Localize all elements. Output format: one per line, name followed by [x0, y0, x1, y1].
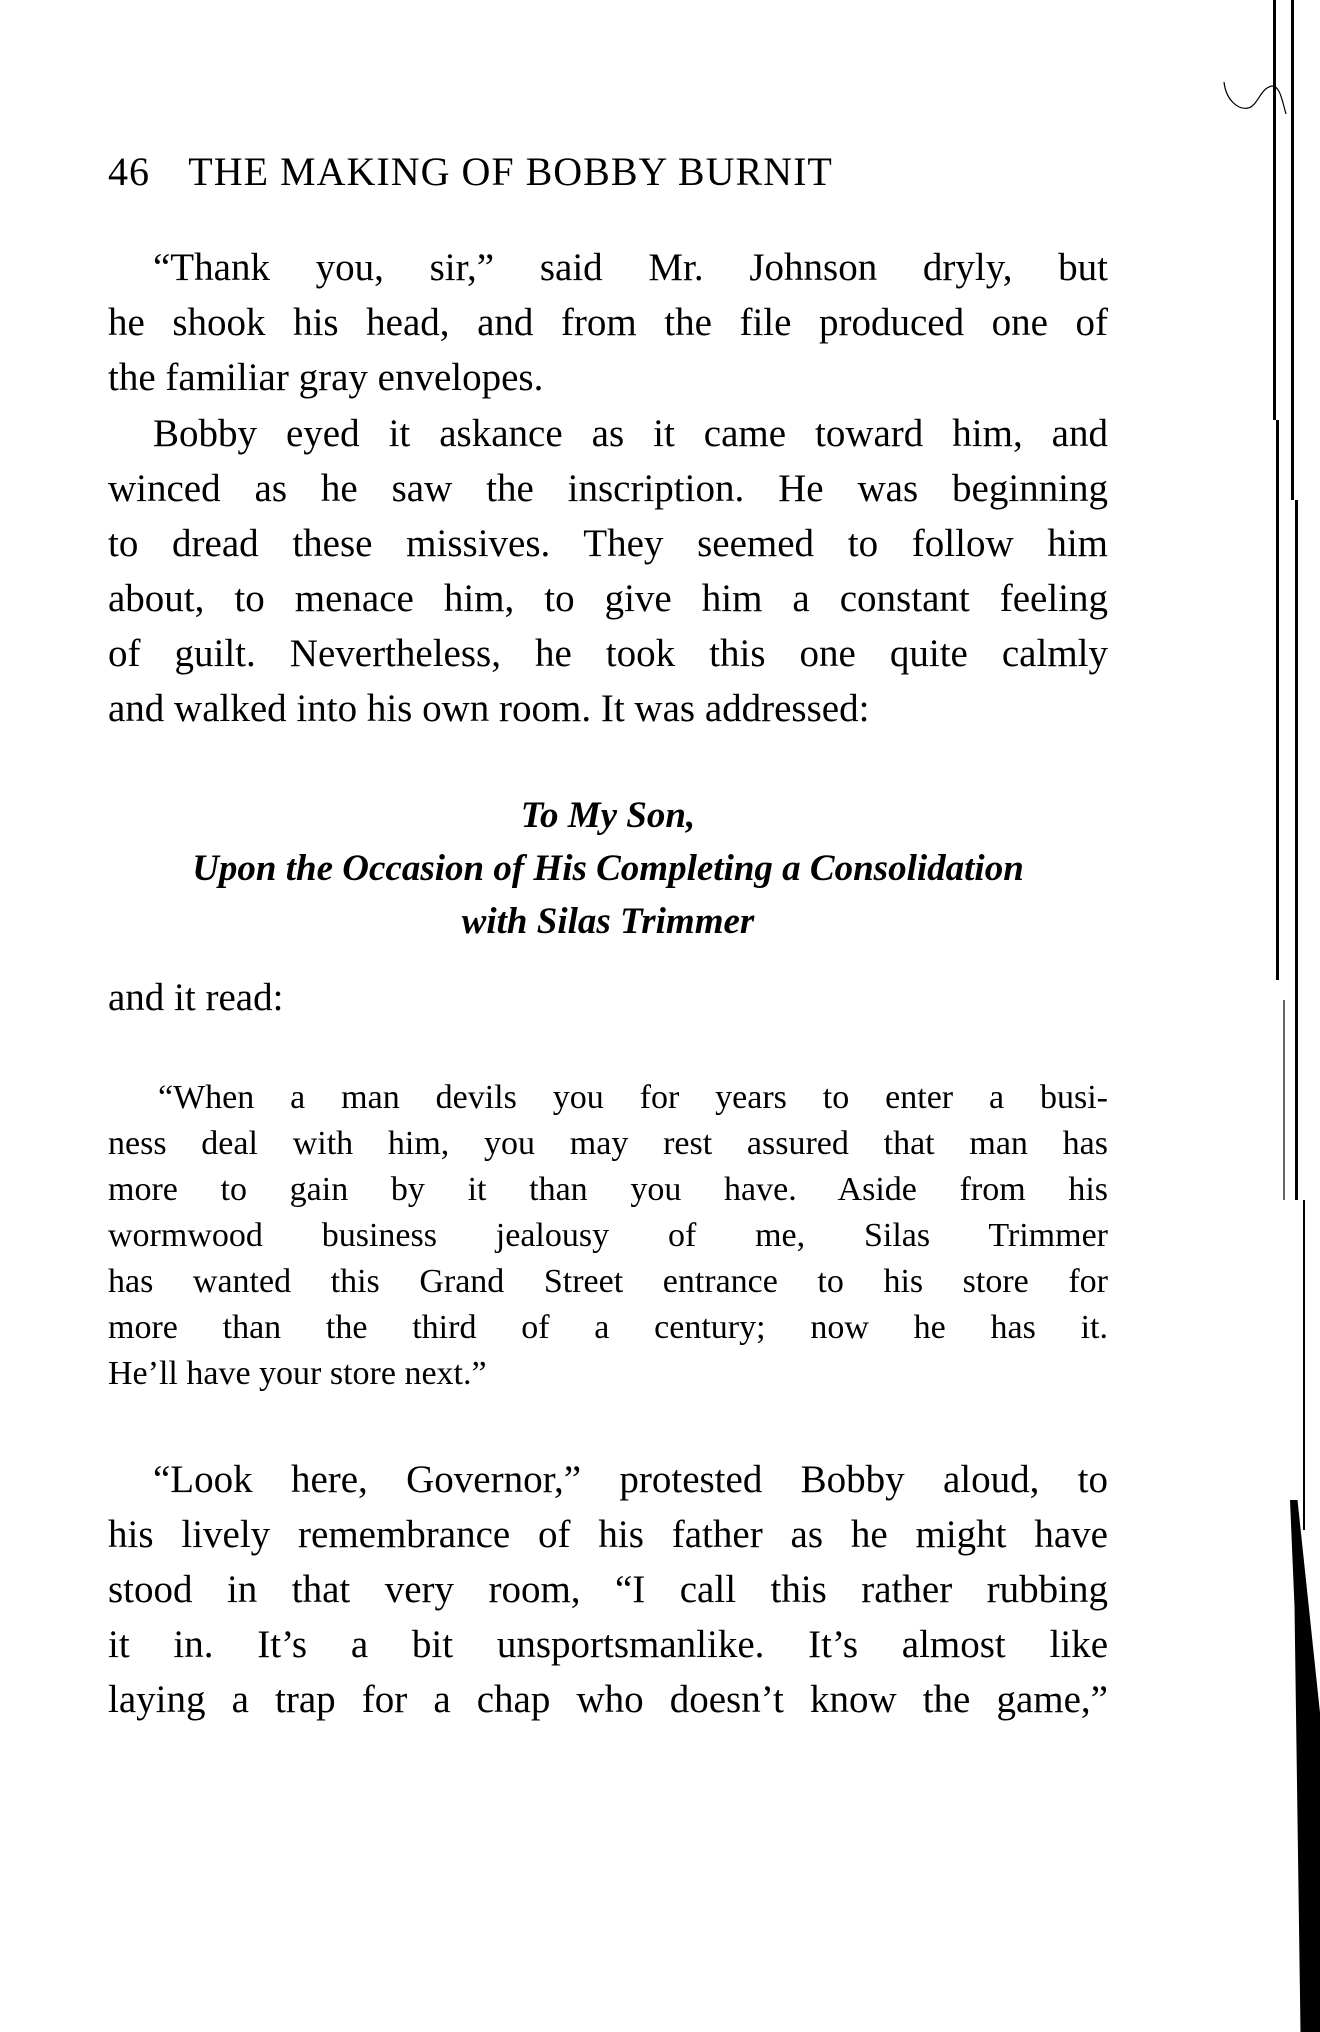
inscription-line: Upon the Occasion of His Completing a Co… — [108, 842, 1108, 895]
page-edge-line — [1291, 0, 1294, 500]
paragraph-look-here-governor: “Look here, Governor,” protested Bobby a… — [108, 1452, 1108, 1727]
inscription-line: To My Son, — [108, 789, 1108, 842]
page-edge-line — [1276, 420, 1279, 980]
text-line: He’ll have your store next.” — [108, 1351, 1108, 1397]
text-line: laying a trap for a chap who doesn’t kno… — [108, 1672, 1108, 1727]
inscription-line: with Silas Trimmer — [108, 895, 1108, 948]
running-head: 46 THE MAKING OF BOBBY BURNIT — [108, 150, 833, 194]
text-line: the familiar gray envelopes. — [108, 350, 1108, 405]
text-line: ness deal with him, you may rest assured… — [108, 1121, 1108, 1167]
text-line: has wanted this Grand Street entrance to… — [108, 1259, 1108, 1305]
text-line: his lively remembrance of his father as … — [108, 1507, 1108, 1562]
envelope-inscription: To My Son, Upon the Occasion of His Comp… — [108, 789, 1108, 948]
book-page: 46 THE MAKING OF BOBBY BURNIT “Thank you… — [0, 0, 1320, 2032]
text-line: about, to menace him, to give him a cons… — [108, 571, 1108, 626]
text-line: “Look here, Governor,” protested Bobby a… — [108, 1452, 1108, 1507]
text-line: it in. It’s a bit unsportsmanlike. It’s … — [108, 1617, 1108, 1672]
text-line: to dread these missives. They seemed to … — [108, 516, 1108, 571]
page-edge-line — [1273, 0, 1276, 420]
page-curl-mark — [1220, 80, 1300, 140]
text-line: stood in that very room, “I call this ra… — [108, 1562, 1108, 1617]
binding-shadow — [1290, 1500, 1320, 2032]
text-line: Bobby eyed it askance as it came toward … — [108, 406, 1108, 461]
page-edge-line — [1303, 1200, 1305, 1530]
text-line: of guilt. Nevertheless, he took this one… — [108, 626, 1108, 681]
paragraph-bobby-eyed: Bobby eyed it askance as it came toward … — [108, 406, 1108, 736]
letter-quote: “When a man devils you for years to ente… — [108, 1075, 1108, 1397]
page-number: 46 — [108, 149, 150, 194]
text-line: “When a man devils you for years to ente… — [108, 1075, 1108, 1121]
text-line: and it read: — [108, 970, 1108, 1025]
text-line: winced as he saw the inscription. He was… — [108, 461, 1108, 516]
text-line: wormwood business jealousy of me, Silas … — [108, 1213, 1108, 1259]
text-line: and walked into his own room. It was add… — [108, 681, 1108, 736]
paragraph-and-it-read: and it read: — [108, 970, 1108, 1025]
text-line: he shook his head, and from the file pro… — [108, 295, 1108, 350]
text-line: “Thank you, sir,” said Mr. Johnson dryly… — [108, 240, 1108, 295]
running-title: THE MAKING OF BOBBY BURNIT — [188, 149, 833, 194]
page-edge-line — [1295, 500, 1298, 1200]
page-edge-line — [1283, 1000, 1285, 1200]
text-line: more than the third of a century; now he… — [108, 1305, 1108, 1351]
paragraph-johnson-reply: “Thank you, sir,” said Mr. Johnson dryly… — [108, 240, 1108, 405]
text-line: more to gain by it than you have. Aside … — [108, 1167, 1108, 1213]
